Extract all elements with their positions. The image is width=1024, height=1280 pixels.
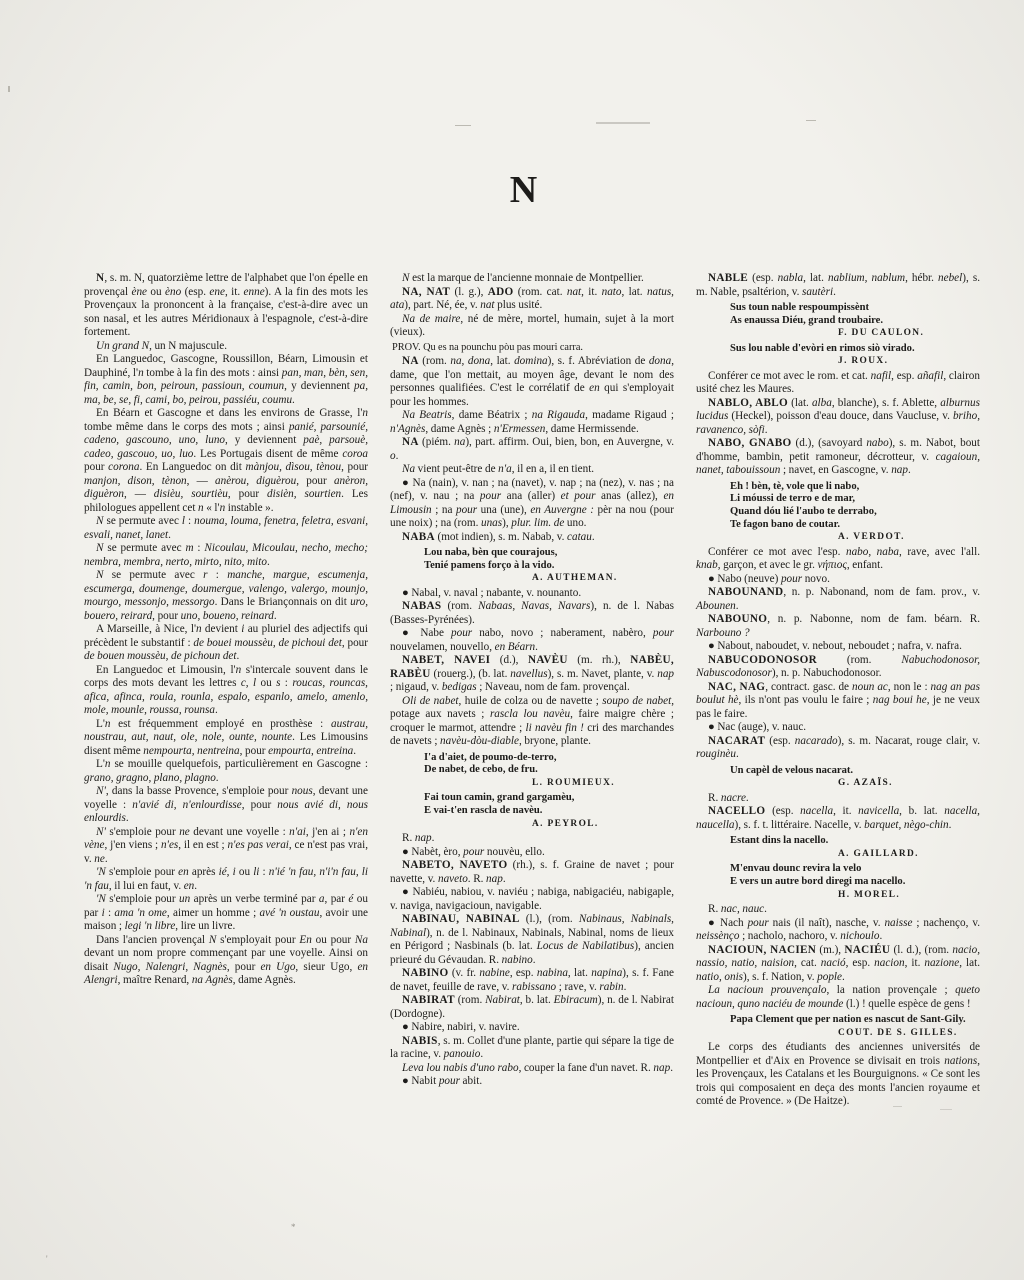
scan-artifact: * [291,1222,296,1232]
dictionary-paragraph: NACELLO (esp. nacella, it. navicella, b.… [696,805,980,832]
dictionary-paragraph: Conférer ce mot avec le rom. et cat. naf… [696,370,980,397]
dictionary-paragraph: R. nac, nauc. [696,903,980,917]
dictionary-paragraph: N se permute avec m : Nicoulau, Micoulau… [84,542,368,569]
quote-attribution: A. AUTHEMAN. [390,573,674,585]
dictionary-paragraph: ● Nach pour nais (il naît), nasche, v. n… [696,917,980,944]
dictionary-paragraph: Un grand N, un N majuscule. [84,340,368,354]
dictionary-paragraph: NA, NAT (l. g.), ADO (rom. cat. nat, it.… [390,286,674,313]
dictionary-paragraph: N est la marque de l'ancienne monnaie de… [390,272,674,286]
column-2: N est la marque de l'ancienne monnaie de… [390,272,674,1109]
dictionary-paragraph: Na Beatris, dame Béatrix ; na Rigauda, m… [390,409,674,436]
dictionary-paragraph: Dans l'ancien provençal N s'employait po… [84,934,368,988]
quote-attribution: A. GAILLARD. [696,849,980,861]
verse-quote: Fai toun camin, grand gargamèu, E vai-t'… [424,792,674,817]
dictionary-paragraph: ● Nabal, v. naval ; nabante, v. nounanto… [390,587,674,601]
quote-attribution: F. DU CAULON. [696,328,980,340]
dictionary-paragraph: NABET, NAVEI (d.), NAVÈU (m. rh.), NABÈU… [390,654,674,695]
dictionary-paragraph: N', dans la basse Provence, s'emploie po… [84,785,368,826]
proverb-line: PROV. Qu es na pounchu pòu pas mouri car… [390,341,674,355]
dictionary-paragraph: NABOUNAND, n. p. Nabonand, nom de fam. p… [696,586,980,613]
quote-attribution: G. AZAÏS. [696,778,980,790]
quote-attribution: J. ROUX. [696,356,980,368]
dictionary-paragraph: NABLE (esp. nabla, lat. nablium, nablum,… [696,272,980,299]
dictionary-paragraph: Na vient peut-être de n'a, il en a, il e… [390,463,674,477]
dictionary-paragraph: Le corps des étudiants des anciennes uni… [696,1041,980,1109]
scan-artifact: ' [46,1254,48,1264]
dictionary-page: ' * N N, s. m. N, quatorzième lettre de … [0,0,1024,1280]
dictionary-paragraph: N se permute avec r : manche, margue, es… [84,569,368,623]
dictionary-paragraph: ● Nabiéu, nabiou, v. naviéu ; nabiga, na… [390,886,674,913]
verse-quote: Sus lou nable d'evòri en rimos siò virad… [730,343,980,356]
dictionary-paragraph: En Languedoc, Gascogne, Roussillon, Béar… [84,353,368,407]
dictionary-paragraph: R. nap. [390,832,674,846]
dictionary-paragraph: ● Nabo (neuve) pour novo. [696,573,980,587]
verse-quote: Sus toun nable respoumpissènt As enaussa… [730,302,980,327]
dictionary-paragraph: La nacioun prouvençalo, la nation proven… [696,984,980,1011]
dictionary-paragraph: NACARAT (esp. nacarado), s. m. Nacarat, … [696,735,980,762]
dictionary-paragraph: NABLO, ABLO (lat. alba, blanche), s. f. … [696,397,980,438]
dictionary-paragraph: NABOUNO, n. p. Nabonne, nom de fam. béar… [696,613,980,640]
dictionary-paragraph: 'N s'emploie pour un après un verbe term… [84,893,368,934]
dictionary-paragraph: NA (piém. na), part. affirm. Oui, bien, … [390,436,674,463]
dictionary-paragraph: En Languedoc et Limousin, l'n s'intercal… [84,664,368,718]
dictionary-paragraph: En Béarn et Gascogne et dans les environ… [84,407,368,515]
dictionary-paragraph: A Marseille, à Nice, l'n devient i au pl… [84,623,368,664]
verse-quote: Un capèl de velous nacarat. [730,765,980,778]
dictionary-paragraph: Oli de nabet, huile de colza ou de navet… [390,695,674,749]
dictionary-paragraph: ● Nabe pour nabo, novo ; naberament, nab… [390,627,674,654]
dictionary-paragraph: N' s'emploie pour ne devant une voyelle … [84,826,368,867]
dictionary-paragraph: NABETO, NAVETO (rh.), s. f. Graine de na… [390,859,674,886]
dictionary-paragraph: Na de maire, né de mère, mortel, humain,… [390,313,674,340]
dictionary-paragraph: ● Na (nain), v. nan ; na (navet), v. nap… [390,477,674,531]
column-3: NABLE (esp. nabla, lat. nablium, nablum,… [696,272,980,1109]
section-letter-heading: N [84,168,964,212]
dictionary-paragraph: NABAS (rom. Nabaas, Navas, Navars), n. d… [390,600,674,627]
verse-quote: Papa Clement que per nation es nascut de… [730,1014,980,1027]
dictionary-paragraph: N se permute avec l : nouma, louma, fene… [84,515,368,542]
dictionary-paragraph: Conférer ce mot avec l'esp. nabo, naba, … [696,546,980,573]
dictionary-paragraph: NABO, GNABO (d.), (savoyard nabo), s. m.… [696,437,980,478]
dictionary-paragraph: NACIOUN, NACIEN (m.), NACIÉU (l. d.), (r… [696,944,980,985]
scan-artifact [8,86,10,92]
quote-attribution: A. PEYROL. [390,819,674,831]
dictionary-paragraph: ● Nabire, nabiri, v. navire. [390,1021,674,1035]
quote-attribution: L. ROUMIEUX. [390,778,674,790]
dictionary-paragraph: NABINAU, NABINAL (l.), (rom. Nabinaus, N… [390,913,674,967]
dictionary-paragraph: Leva lou nabis d'uno rabo, couper la fan… [390,1062,674,1076]
scan-artifact [806,120,816,121]
dictionary-paragraph: NABIS, s. m. Collet d'une plante, partie… [390,1035,674,1062]
quote-attribution: H. MOREL. [696,890,980,902]
dictionary-paragraph: 'N s'emploie pour en après ié, i ou li :… [84,866,368,893]
scan-artifact [455,125,471,126]
dictionary-paragraph: NAC, NAG, contract. gasc. de noun ac, no… [696,681,980,722]
dictionary-paragraph: NA (rom. na, dona, lat. domina), s. f. A… [390,355,674,409]
verse-quote: Eh ! bèn, tè, vole que li nabo, Li móuss… [730,481,980,531]
scan-artifact [940,1109,952,1110]
quote-attribution: COUT. DE S. GILLES. [696,1028,980,1040]
column-1: N, s. m. N, quatorzième lettre de l'alph… [84,272,368,1109]
dictionary-paragraph: ● Nabout, naboudet, v. nebout, neboudet … [696,640,980,654]
quote-attribution: A. VERDOT. [696,532,980,544]
dictionary-paragraph: ● Nac (auge), v. nauc. [696,721,980,735]
dictionary-paragraph: N, s. m. N, quatorzième lettre de l'alph… [84,272,368,340]
dictionary-paragraph: NABUCODONOSOR (rom. Nabuchodonosor, Nabu… [696,654,980,681]
dictionary-paragraph: L'n est fréquemment employé en prosthèse… [84,718,368,759]
verse-quote: I'a d'aiet, de poumo-de-terro, De nabet,… [424,752,674,777]
scan-artifact [596,122,650,124]
dictionary-paragraph: ● Nabit pour abit. [390,1075,674,1089]
dictionary-paragraph: L'n se mouille quelquefois, particulière… [84,758,368,785]
dictionary-paragraph: ● Nabèt, èro, pour nouvèu, ello. [390,846,674,860]
text-columns: N, s. m. N, quatorzième lettre de l'alph… [84,272,980,1109]
dictionary-paragraph: NABIRAT (rom. Nabirat, b. lat. Ebiracum)… [390,994,674,1021]
dictionary-paragraph: NABA (mot indien), s. m. Nabab, v. catau… [390,531,674,545]
verse-quote: Estant dins la nacello. [730,835,980,848]
verse-quote: Lou naba, bèn que courajous, Tenié pamen… [424,547,674,572]
verse-quote: M'envau dounc revira la velo E vers un a… [730,863,980,888]
dictionary-paragraph: R. nacre. [696,792,980,806]
dictionary-paragraph: NABINO (v. fr. nabine, esp. nabina, lat.… [390,967,674,994]
